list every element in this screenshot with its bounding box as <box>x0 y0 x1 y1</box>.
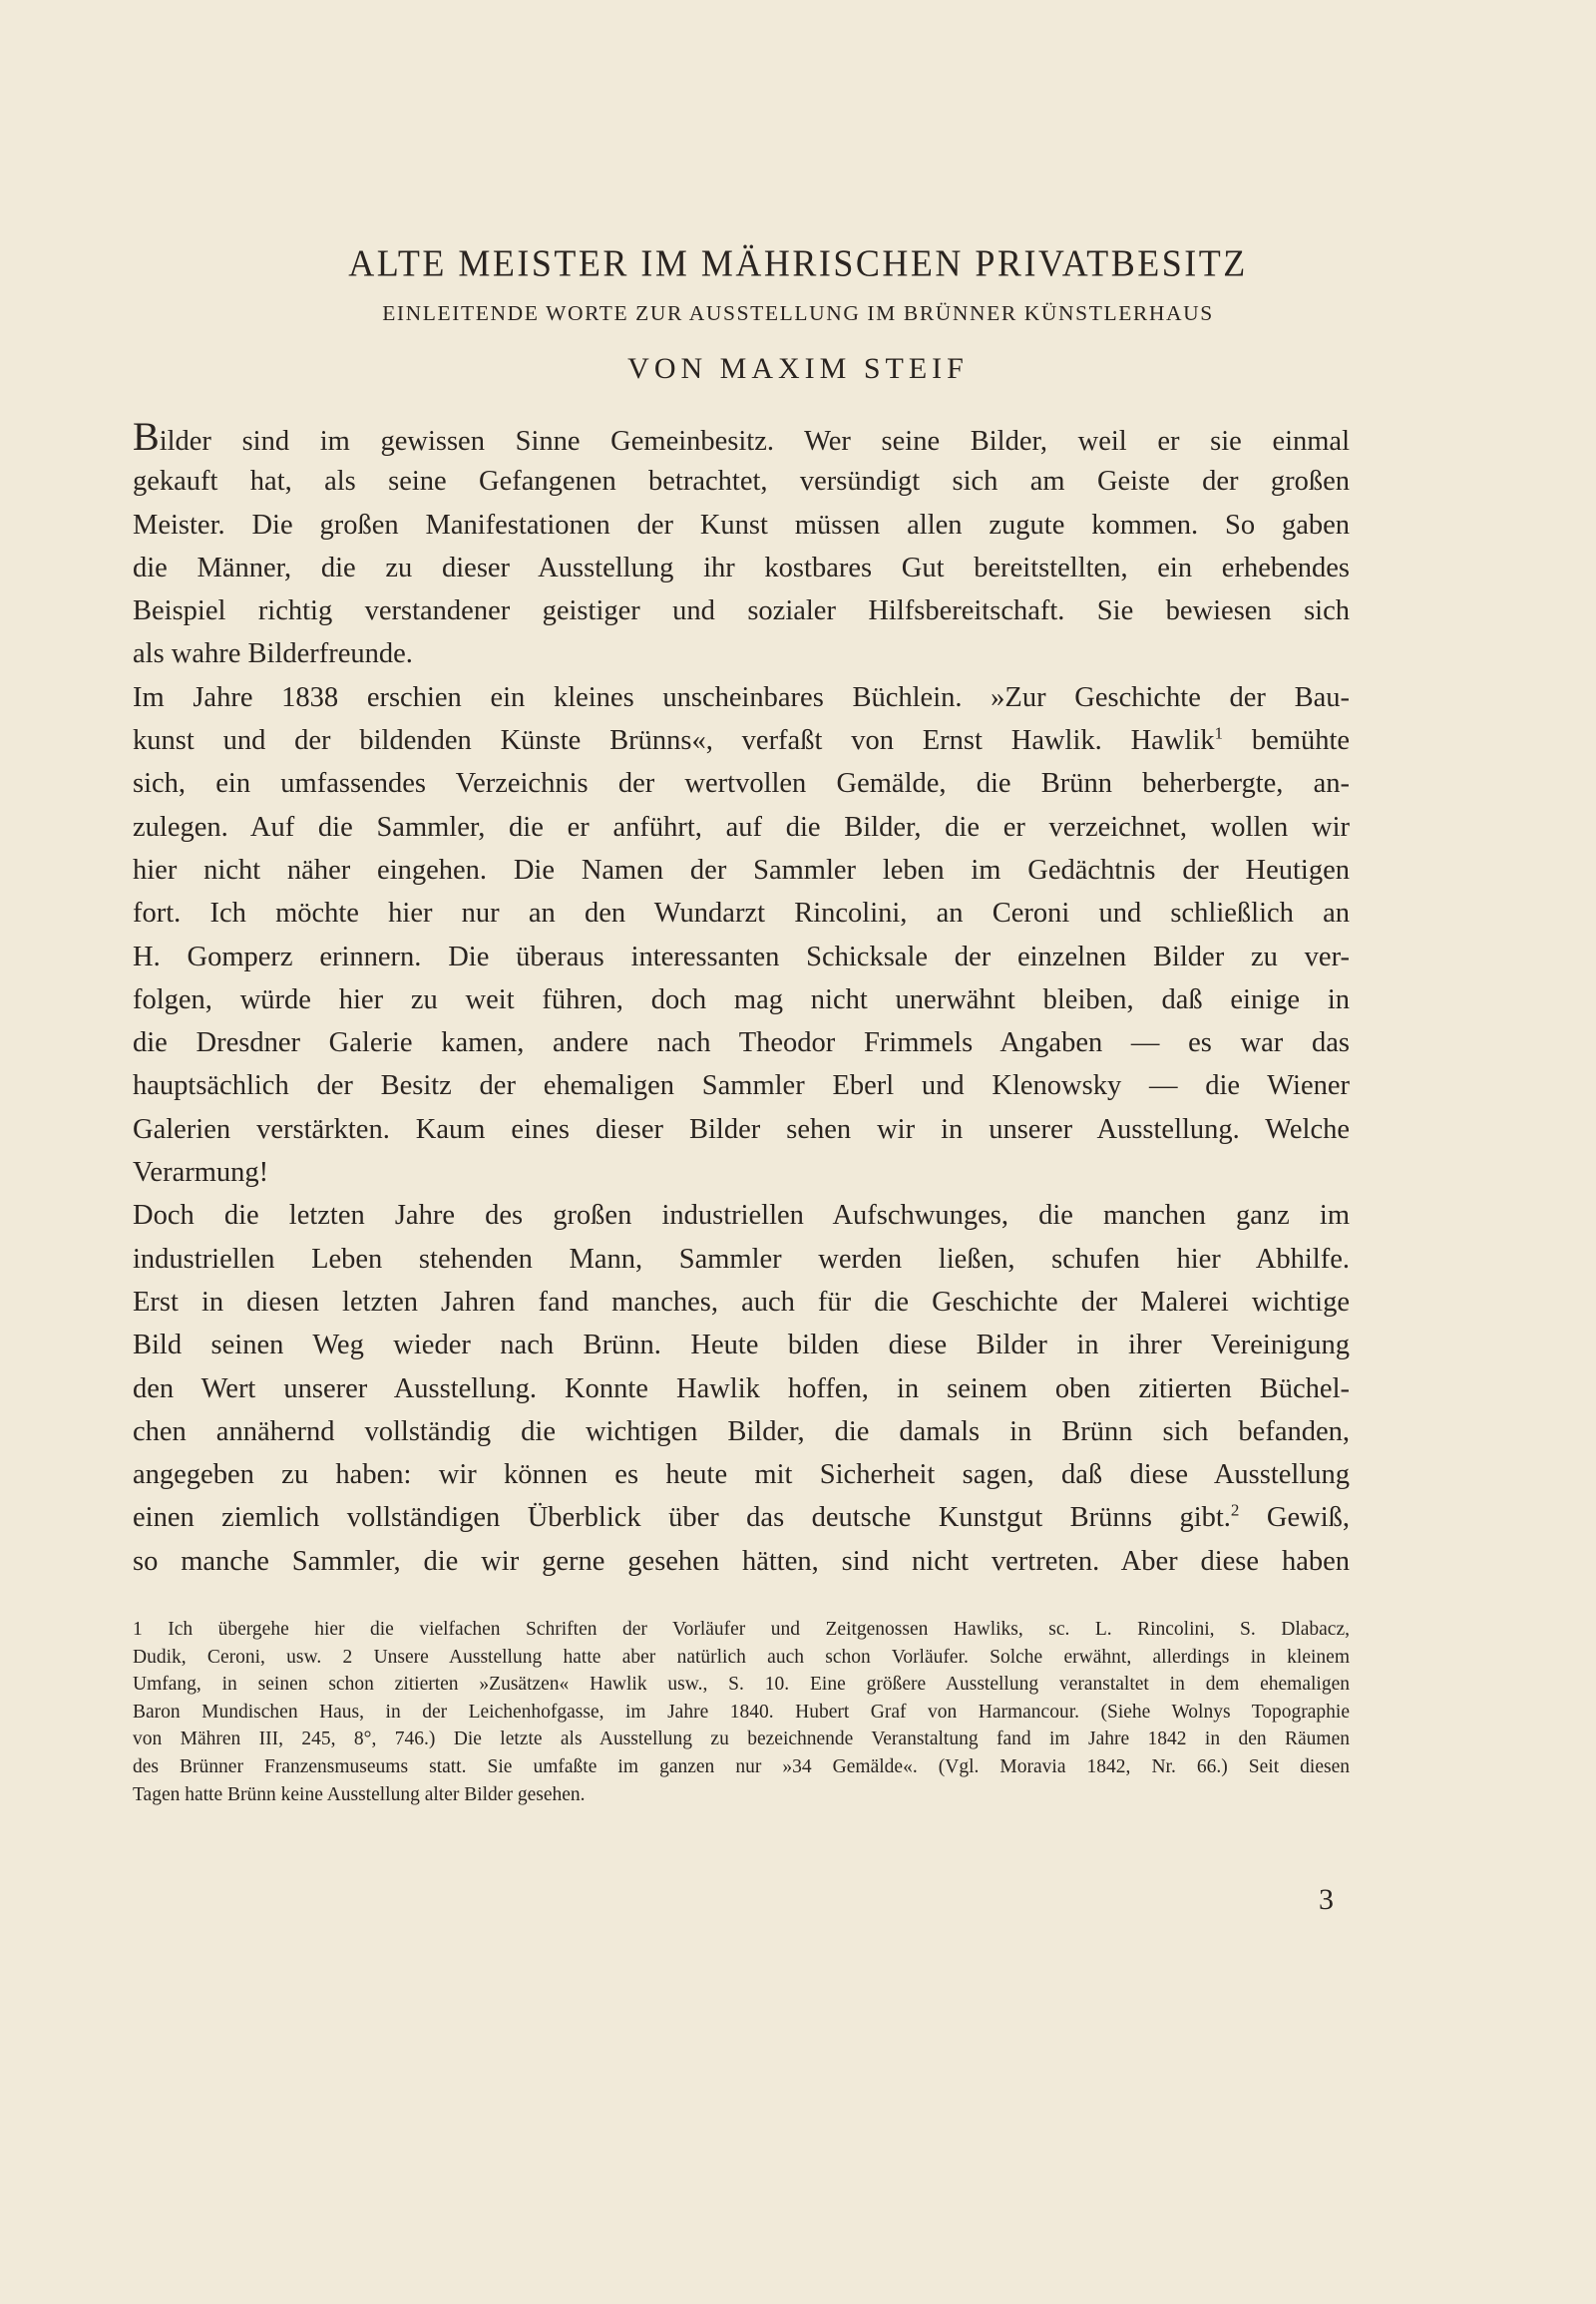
footnote-ref-2[interactable]: 2 <box>1231 1501 1240 1520</box>
body-line: die Männer, die zu dieser Ausstellung ih… <box>133 547 1350 589</box>
body-line: Bilder sind im gewissen Sinne Gemeinbesi… <box>133 417 1350 460</box>
body-text: Bilder sind im gewissen Sinne Gemeinbesi… <box>133 417 1350 1583</box>
body-line: Bild seinen Weg wieder nach Brünn. Heute… <box>133 1324 1350 1366</box>
footnote-line: Umfang, in seinen schon zitierten »Zusät… <box>133 1671 1350 1699</box>
body-line: hauptsächlich der Besitz der ehemaligen … <box>133 1064 1350 1107</box>
footnote-line: Tagen hatte Brünn keine Ausstellung alte… <box>133 1781 1350 1809</box>
body-line: industriellen Leben stehenden Mann, Samm… <box>133 1238 1350 1281</box>
body-line: den Wert unserer Ausstellung. Konnte Haw… <box>133 1367 1350 1410</box>
body-line: Erst in diesen letzten Jahren fand manch… <box>133 1281 1350 1324</box>
body-line: Verarmung! <box>133 1151 1350 1194</box>
body-line: kunst und der bildenden Künste Brünns«, … <box>133 719 1350 762</box>
body-line: chen annähernd vollständig die wichtigen… <box>133 1410 1350 1453</box>
body-line: zulegen. Auf die Sammler, die er anführt… <box>133 806 1350 849</box>
page-number: 3 <box>1319 1883 1334 1917</box>
article-subtitle: EINLEITENDE WORTE ZUR AUSSTELLUNG IM BRÜ… <box>0 301 1596 326</box>
footnote-line: Dudik, Ceroni, usw. 2 Unsere Ausstellung… <box>133 1644 1350 1672</box>
body-line: Galerien verstärkten. Kaum eines dieser … <box>133 1108 1350 1151</box>
body-line: so manche Sammler, die wir gerne gesehen… <box>133 1540 1350 1583</box>
footnote-line: des Brünner Franzensmuseums statt. Sie u… <box>133 1753 1350 1781</box>
body-line: sich, ein umfassendes Verzeichnis der we… <box>133 762 1350 805</box>
body-line: Meister. Die großen Manifestationen der … <box>133 504 1350 547</box>
body-line: folgen, würde hier zu weit führen, doch … <box>133 978 1350 1021</box>
footnotes: 1 Ich übergehe hier die vielfachen Schri… <box>133 1616 1350 1808</box>
body-line: Beispiel richtig verstandener geistiger … <box>133 589 1350 632</box>
footnote-line: von Mähren III, 245, 8°, 746.) Die letzt… <box>133 1726 1350 1753</box>
body-line: Doch die letzten Jahre des großen indust… <box>133 1194 1350 1237</box>
footnote-line: Baron Mundischen Haus, in der Leichenhof… <box>133 1699 1350 1727</box>
body-line: einen ziemlich vollständigen Überblick ü… <box>133 1496 1350 1539</box>
body-line: als wahre Bilderfreunde. <box>133 632 1350 675</box>
article-author: VON MAXIM STEIF <box>0 352 1596 386</box>
body-line: fort. Ich möchte hier nur an den Wundarz… <box>133 892 1350 935</box>
body-line: hier nicht näher eingehen. Die Namen der… <box>133 849 1350 892</box>
body-line: gekauft hat, als seine Gefangenen betrac… <box>133 460 1350 503</box>
body-line: angegeben zu haben: wir können es heute … <box>133 1453 1350 1496</box>
body-line: die Dresdner Galerie kamen, andere nach … <box>133 1021 1350 1064</box>
drop-cap: B <box>133 414 160 459</box>
footnote-line: 1 Ich übergehe hier die vielfachen Schri… <box>133 1616 1350 1644</box>
document-page: ALTE MEISTER IM MÄHRISCHEN PRIVATBESITZ … <box>0 0 1596 2304</box>
body-line: H. Gomperz erinnern. Die überaus interes… <box>133 936 1350 978</box>
footnote-ref-1[interactable]: 1 <box>1215 724 1224 743</box>
article-title: ALTE MEISTER IM MÄHRISCHEN PRIVATBESITZ <box>0 241 1596 285</box>
body-line: Im Jahre 1838 erschien ein kleines unsch… <box>133 676 1350 719</box>
